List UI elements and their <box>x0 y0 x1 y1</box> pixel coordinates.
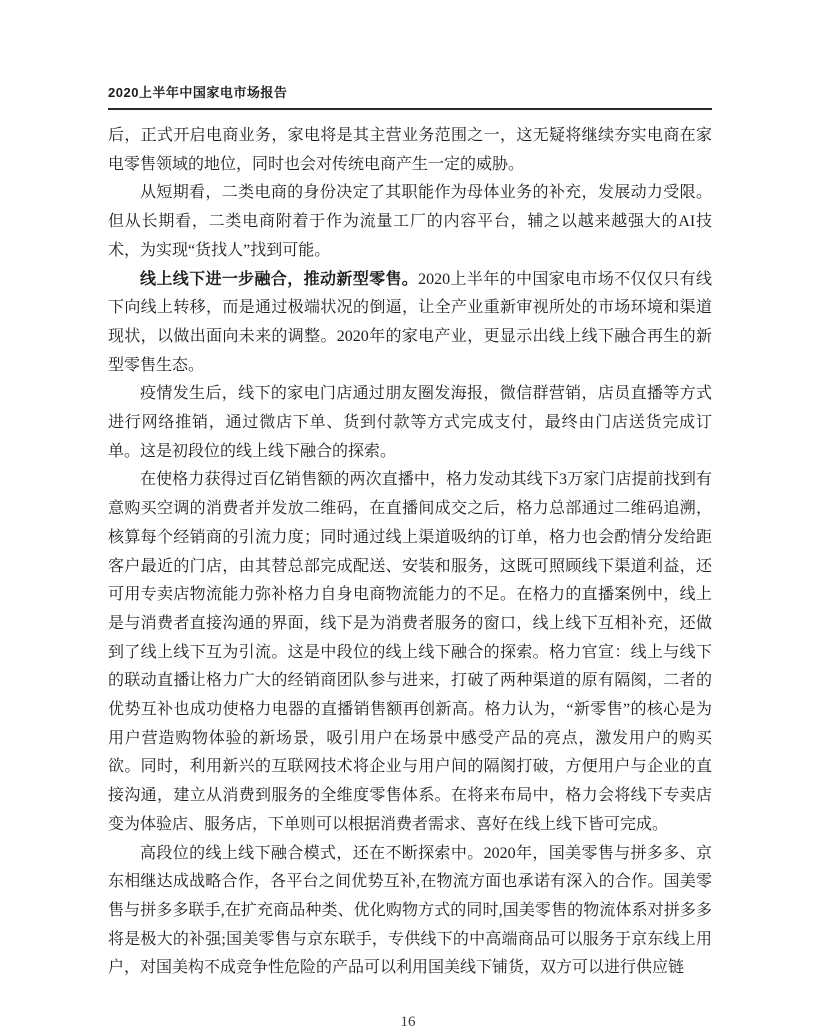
body-paragraph: 后，正式开启电商业务，家电将是其主营业务范围之一，这无疑将继续夯实电商在家电零售… <box>108 122 712 179</box>
running-header: 2020上半年中国家电市场报告 <box>108 82 712 110</box>
report-page: 2020上半年中国家电市场报告 后，正式开启电商业务，家电将是其主营业务范围之一… <box>0 0 816 1034</box>
body-paragraph: 高段位的线上线下融合模式，还在不断探索中。2020年，国美零售与拼多多、京东相继… <box>108 840 712 984</box>
paragraph-text: 高段位的线上线下融合模式，还在不断探索中。2020年，国美零售与拼多多、京东相继… <box>108 845 712 977</box>
page-number: 16 <box>0 1014 816 1031</box>
body-text: 后，正式开启电商业务，家电将是其主营业务范围之一，这无疑将继续夯实电商在家电零售… <box>108 122 712 983</box>
body-paragraph: 在使格力获得过百亿销售额的两次直播中，格力发动其线下3万家门店提前找到有意购买空… <box>108 466 712 839</box>
paragraph-text: 后，正式开启电商业务，家电将是其主营业务范围之一，这无疑将继续夯实电商在家电零售… <box>108 127 712 173</box>
paragraph-text: 在使格力获得过百亿销售额的两次直播中，格力发动其线下3万家门店提前找到有意购买空… <box>108 471 712 832</box>
body-paragraph: 线上线下进一步融合，推动新型零售。2020上半年的中国家电市场不仅仅只有线下向线… <box>108 266 712 381</box>
paragraph-bold-lead: 线上线下进一步融合，推动新型零售。 <box>140 271 418 288</box>
body-paragraph: 从短期看，二类电商的身份决定了其职能作为母体业务的补充，发展动力受限。但从长期看… <box>108 179 712 265</box>
paragraph-text: 从短期看，二类电商的身份决定了其职能作为母体业务的补充，发展动力受限。但从长期看… <box>108 184 712 258</box>
page-content: 2020上半年中国家电市场报告 后，正式开启电商业务，家电将是其主营业务范围之一… <box>108 82 712 983</box>
body-paragraph: 疫情发生后，线下的家电门店通过朋友圈发海报，微信群营销，店员直播等方式进行网络推… <box>108 380 712 466</box>
report-title: 2020上半年中国家电市场报告 <box>108 85 287 100</box>
paragraph-text: 疫情发生后，线下的家电门店通过朋友圈发海报，微信群营销，店员直播等方式进行网络推… <box>108 385 712 459</box>
